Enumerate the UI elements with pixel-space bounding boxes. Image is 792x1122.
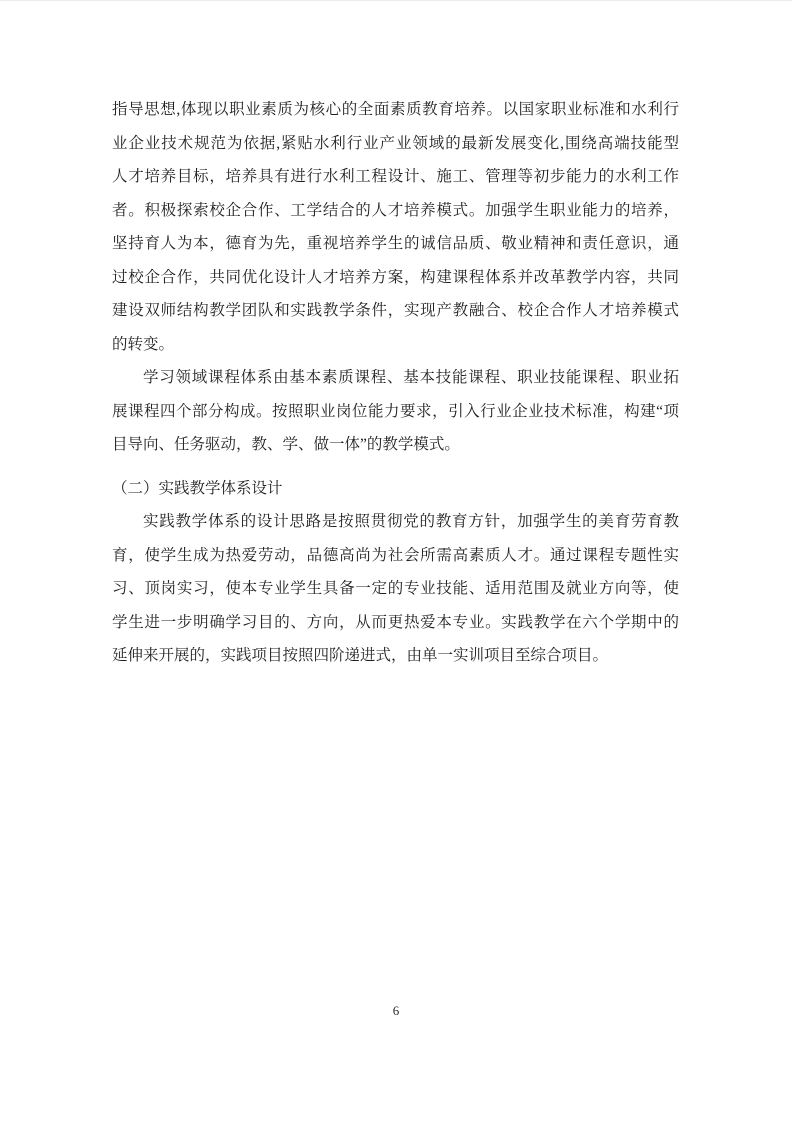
- paragraph-3: 实践教学体系的设计思路是按照贯彻党的教育方针，加强学生的美育劳育教 育，使学生成…: [112, 505, 679, 673]
- text-line: 坚持育人为本，德育为先，重视培养学生的诚信品质、敬业精神和责任意识，通: [112, 227, 679, 261]
- text-line: 展课程四个部分构成。按照职业岗位能力要求，引入行业企业技术标准，构建“项: [112, 395, 679, 429]
- section-heading: （二）实践教学体系设计: [112, 472, 679, 506]
- text-line: 学习领域课程体系由基本素质课程、基本技能课程、职业技能课程、职业拓: [112, 361, 679, 395]
- text-line: 人才培养目标，培养具有进行水利工程设计、施工、管理等初步能力的水利工作: [112, 160, 679, 194]
- document-content: 指导思想,体现以职业素质为核心的全面素质教育培养。以国家职业标准和水利行 业企业…: [112, 93, 679, 673]
- text-line: 的转变。: [112, 328, 679, 362]
- text-line: 指导思想,体现以职业素质为核心的全面素质教育培养。以国家职业标准和水利行: [112, 93, 679, 127]
- text-line: 建设双师结构教学团队和实践教学条件，实现产教融合、校企合作人才培养模式: [112, 294, 679, 328]
- paragraph-2: 学习领域课程体系由基本素质课程、基本技能课程、职业技能课程、职业拓 展课程四个部…: [112, 361, 679, 462]
- page-number: 6: [393, 1003, 400, 1018]
- paragraph-1: 指导思想,体现以职业素质为核心的全面素质教育培养。以国家职业标准和水利行 业企业…: [112, 93, 679, 361]
- text-line: 延伸来开展的，实践项目按照四阶递进式，由单一实训项目至综合项目。: [112, 639, 679, 673]
- text-line: 者。积极探索校企合作、工学结合的人才培养模式。加强学生职业能力的培养，: [112, 194, 679, 228]
- text-line: 目导向、任务驱动，教、学、做一体”的教学模式。: [112, 428, 679, 462]
- text-line: 育，使学生成为热爱劳动，品德高尚为社会所需高素质人才。通过课程专题性实: [112, 539, 679, 573]
- text-line: 业企业技术规范为依据,紧贴水利行业产业领域的最新发展变化,围绕高端技能型: [112, 127, 679, 161]
- page-footer: 6: [0, 1002, 792, 1020]
- text-line: 过校企合作，共同优化设计人才培养方案，构建课程体系并改革教学内容，共同: [112, 261, 679, 295]
- text-line: 实践教学体系的设计思路是按照贯彻党的教育方针，加强学生的美育劳育教: [112, 505, 679, 539]
- document-page: 指导思想,体现以职业素质为核心的全面素质教育培养。以国家职业标准和水利行 业企业…: [0, 0, 792, 1122]
- text-line: 学生进一步明确学习目的、方向，从而更热爱本专业。实践教学在六个学期中的: [112, 606, 679, 640]
- text-line: 习、顶岗实习，使本专业学生具备一定的专业技能、适用范围及就业方向等，使: [112, 572, 679, 606]
